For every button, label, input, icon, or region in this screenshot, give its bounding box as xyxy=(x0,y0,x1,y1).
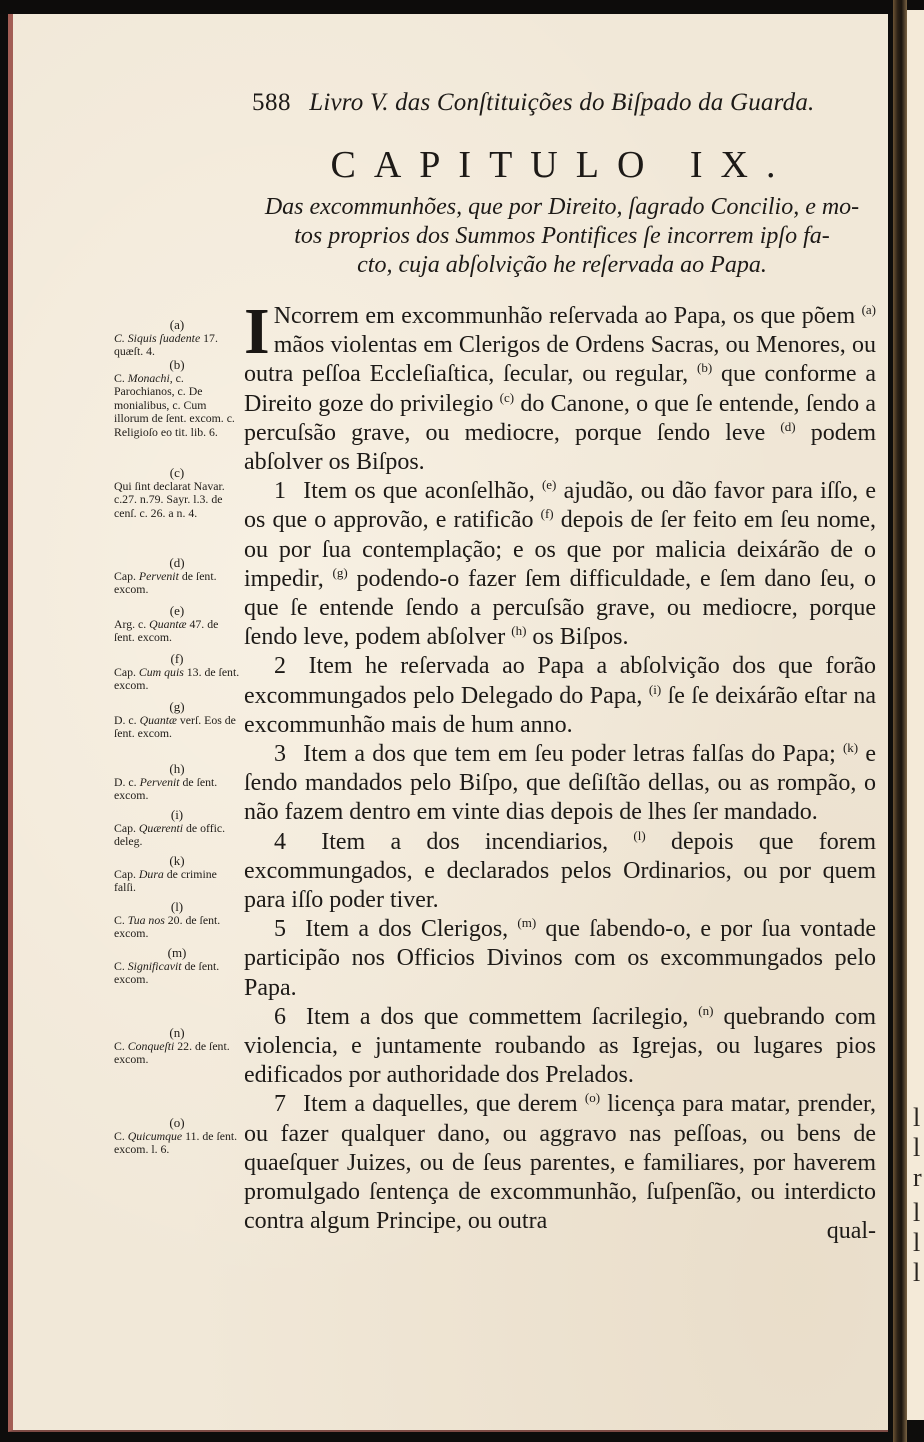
chapter-title: CAPITULO IX. xyxy=(242,143,882,187)
running-title: Livro V. das Conſtituições do Biſpado da… xyxy=(309,89,814,116)
page-number: 588 xyxy=(252,89,291,116)
margin-note-h: (h) D. c. Pervenit de ſent. excom. xyxy=(114,762,240,803)
footnote-mark: (e) xyxy=(542,477,556,492)
chapter-subtitle: Das excommunhões, que por Direito, ſagra… xyxy=(242,193,882,280)
item-paragraph-5: 5 Item a dos Clerigos, (m) que ſabendo-o… xyxy=(244,915,876,1003)
item-number: 7 xyxy=(274,1091,286,1117)
main-text: INcorrem em excommunhão reſervada ao Pap… xyxy=(244,302,876,1237)
margin-note-c: (c) Qui ſint declarat Navar. c.27. n.79.… xyxy=(114,466,240,520)
catchword: qual- xyxy=(760,1217,876,1246)
item-paragraph-4: 4 Item a dos incendiarios, (l) depois qu… xyxy=(244,828,876,916)
footnote-mark: (g) xyxy=(333,565,348,580)
subtitle-line: Das excommunhões, que por Direito, ſagra… xyxy=(242,193,882,222)
item-number: 4 xyxy=(274,829,286,855)
item-paragraph-7: 7 Item a daquelles, que derem (o) licenç… xyxy=(244,1090,876,1236)
footnote-mark: (d) xyxy=(780,419,795,434)
footnote-mark: (n) xyxy=(698,1003,713,1018)
footnote-mark: (m) xyxy=(517,915,536,930)
subtitle-line: cto, cuja abſolvição he reſervada ao Pap… xyxy=(242,251,882,280)
book-gutter xyxy=(893,0,907,1442)
subtitle-line: tos proprios dos Summos Pontifices ſe in… xyxy=(242,222,882,251)
intro-paragraph: INcorrem em excommunhão reſervada ao Pap… xyxy=(244,302,876,477)
footnote-mark: (c) xyxy=(500,390,514,405)
margin-note-i: (i) Cap. Quærenti de offic. deleg. xyxy=(114,808,240,849)
scan-top-edge xyxy=(0,0,924,14)
running-head: 588 Livro V. das Conſtituições do Biſpad… xyxy=(252,88,872,118)
footnote-mark: (h) xyxy=(511,623,526,638)
item-number: 3 xyxy=(274,741,286,767)
margin-note-g: (g) D. c. Quantæ verſ. Eos de ſent. exco… xyxy=(114,700,240,741)
margin-note-n: (n) C. Conqueſti 22. de ſent. excom. xyxy=(114,1026,240,1067)
margin-note-a: (a) C. Siquis ſuadente 17. quæſt. 4. xyxy=(114,318,240,359)
footnote-mark: (b) xyxy=(697,360,712,375)
footnote-mark: (o) xyxy=(585,1090,600,1105)
item-number: 6 xyxy=(274,1004,286,1030)
footnote-mark: (i) xyxy=(649,682,661,697)
footnote-mark: (a) xyxy=(862,302,876,317)
margin-note-k: (k) Cap. Dura de crimine falſi. xyxy=(114,854,240,895)
margin-note-m: (m) C. Significavit de ſent. excom. xyxy=(114,946,240,987)
drop-cap: I xyxy=(244,306,270,358)
facing-page-edge: l l r l l l xyxy=(907,10,924,1420)
item-number: 5 xyxy=(274,916,286,942)
footnote-mark: (l) xyxy=(633,828,645,843)
item-paragraph-3: 3 Item a dos que tem em ſeu poder letras… xyxy=(244,740,876,828)
item-number: 2 xyxy=(274,653,286,679)
margin-note-f: (f) Cap. Cum quis 13. de ſent. excom. xyxy=(114,652,240,693)
footnote-mark: (k) xyxy=(843,740,858,755)
item-paragraph-6: 6 Item a dos que commettem ſacrilegio, (… xyxy=(244,1003,876,1091)
margin-note-l: (l) C. Tua nos 20. de ſent. excom. xyxy=(114,900,240,941)
margin-note-b: (b) C. Monachi, c. Parochianos, c. De mo… xyxy=(114,358,240,439)
margin-note-o: (o) C. Quicumque 11. de ſent. excom. l. … xyxy=(114,1116,240,1157)
item-number: 1 xyxy=(274,478,286,504)
margin-note-e: (e) Arg. c. Quantæ 47. de ſent. excom. xyxy=(114,604,240,645)
item-paragraph-1: 1 Item os que aconſelhão, (e) ajudão, ou… xyxy=(244,477,876,652)
margin-note-d: (d) Cap. Pervenit de ſent. excom. xyxy=(114,556,240,597)
footnote-mark: (f) xyxy=(541,506,554,521)
item-paragraph-2: 2 Item he reſervada ao Papa a abſolvição… xyxy=(244,652,876,740)
